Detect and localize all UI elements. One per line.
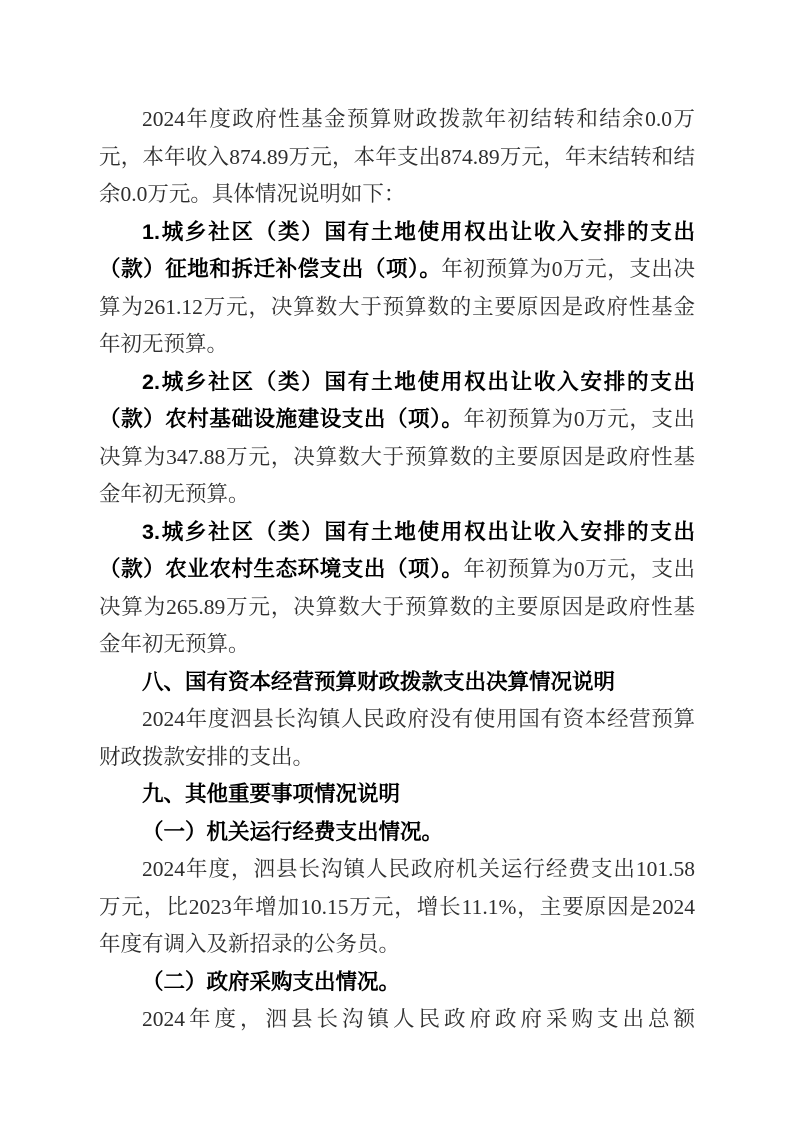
section-8-heading-text: 八、国有资本经营预算财政拨款支出决算情况说明 <box>142 670 615 694</box>
body-text: 2024年度政府性基金预算财政拨款年初结转和结余0.0万元，本年收入874.89… <box>99 107 695 206</box>
document-text-body: 2024年度政府性基金预算财政拨款年初结转和结余0.0万元，本年收入874.89… <box>99 101 695 1039</box>
heading-9-1-text: （一）机关运行经费支出情况。 <box>142 820 443 844</box>
heading-9-2-text: （二）政府采购支出情况。 <box>142 970 400 994</box>
paragraph-state-capital-statement: 2024年度泗县长沟镇人民政府没有使用国有资本经营预算财政拨款安排的支出。 <box>99 701 695 776</box>
section-9-heading-text: 九、其他重要事项情况说明 <box>142 782 400 806</box>
paragraph-gov-fund-summary: 2024年度政府性基金预算财政拨款年初结转和结余0.0万元，本年收入874.89… <box>99 101 695 214</box>
paragraph-item-2-rural-infrastructure: 2.城乡社区（类）国有土地使用权出让收入安排的支出（款）农村基础设施建设支出（项… <box>99 364 695 514</box>
heading-section-9: 九、其他重要事项情况说明 <box>99 776 695 814</box>
body-text: 2024年度，泗县长沟镇人民政府政府采购支出总额 <box>142 1007 695 1031</box>
document-page: 2024年度政府性基金预算财政拨款年初结转和结余0.0万元，本年收入874.89… <box>0 0 793 1122</box>
paragraph-operating-expense-statement: 2024年度，泗县长沟镇人民政府机关运行经费支出101.58万元，比2023年增… <box>99 851 695 964</box>
paragraph-gov-procurement-statement-partial: 2024年度，泗县长沟镇人民政府政府采购支出总额 <box>99 1001 695 1039</box>
body-text: 2024年度，泗县长沟镇人民政府机关运行经费支出101.58万元，比2023年增… <box>99 857 695 956</box>
heading-9-1-operating-expense: （一）机关运行经费支出情况。 <box>99 814 695 852</box>
body-text: 2024年度泗县长沟镇人民政府没有使用国有资本经营预算财政拨款安排的支出。 <box>99 707 695 769</box>
heading-section-8: 八、国有资本经营预算财政拨款支出决算情况说明 <box>99 664 695 702</box>
paragraph-item-3-rural-eco-environment: 3.城乡社区（类）国有土地使用权出让收入安排的支出（款）农业农村生态环境支出（项… <box>99 514 695 664</box>
heading-9-2-gov-procurement: （二）政府采购支出情况。 <box>99 964 695 1002</box>
paragraph-item-1-land-transfer-compensation: 1.城乡社区（类）国有土地使用权出让收入安排的支出（款）征地和拆迁补偿支出（项）… <box>99 214 695 364</box>
